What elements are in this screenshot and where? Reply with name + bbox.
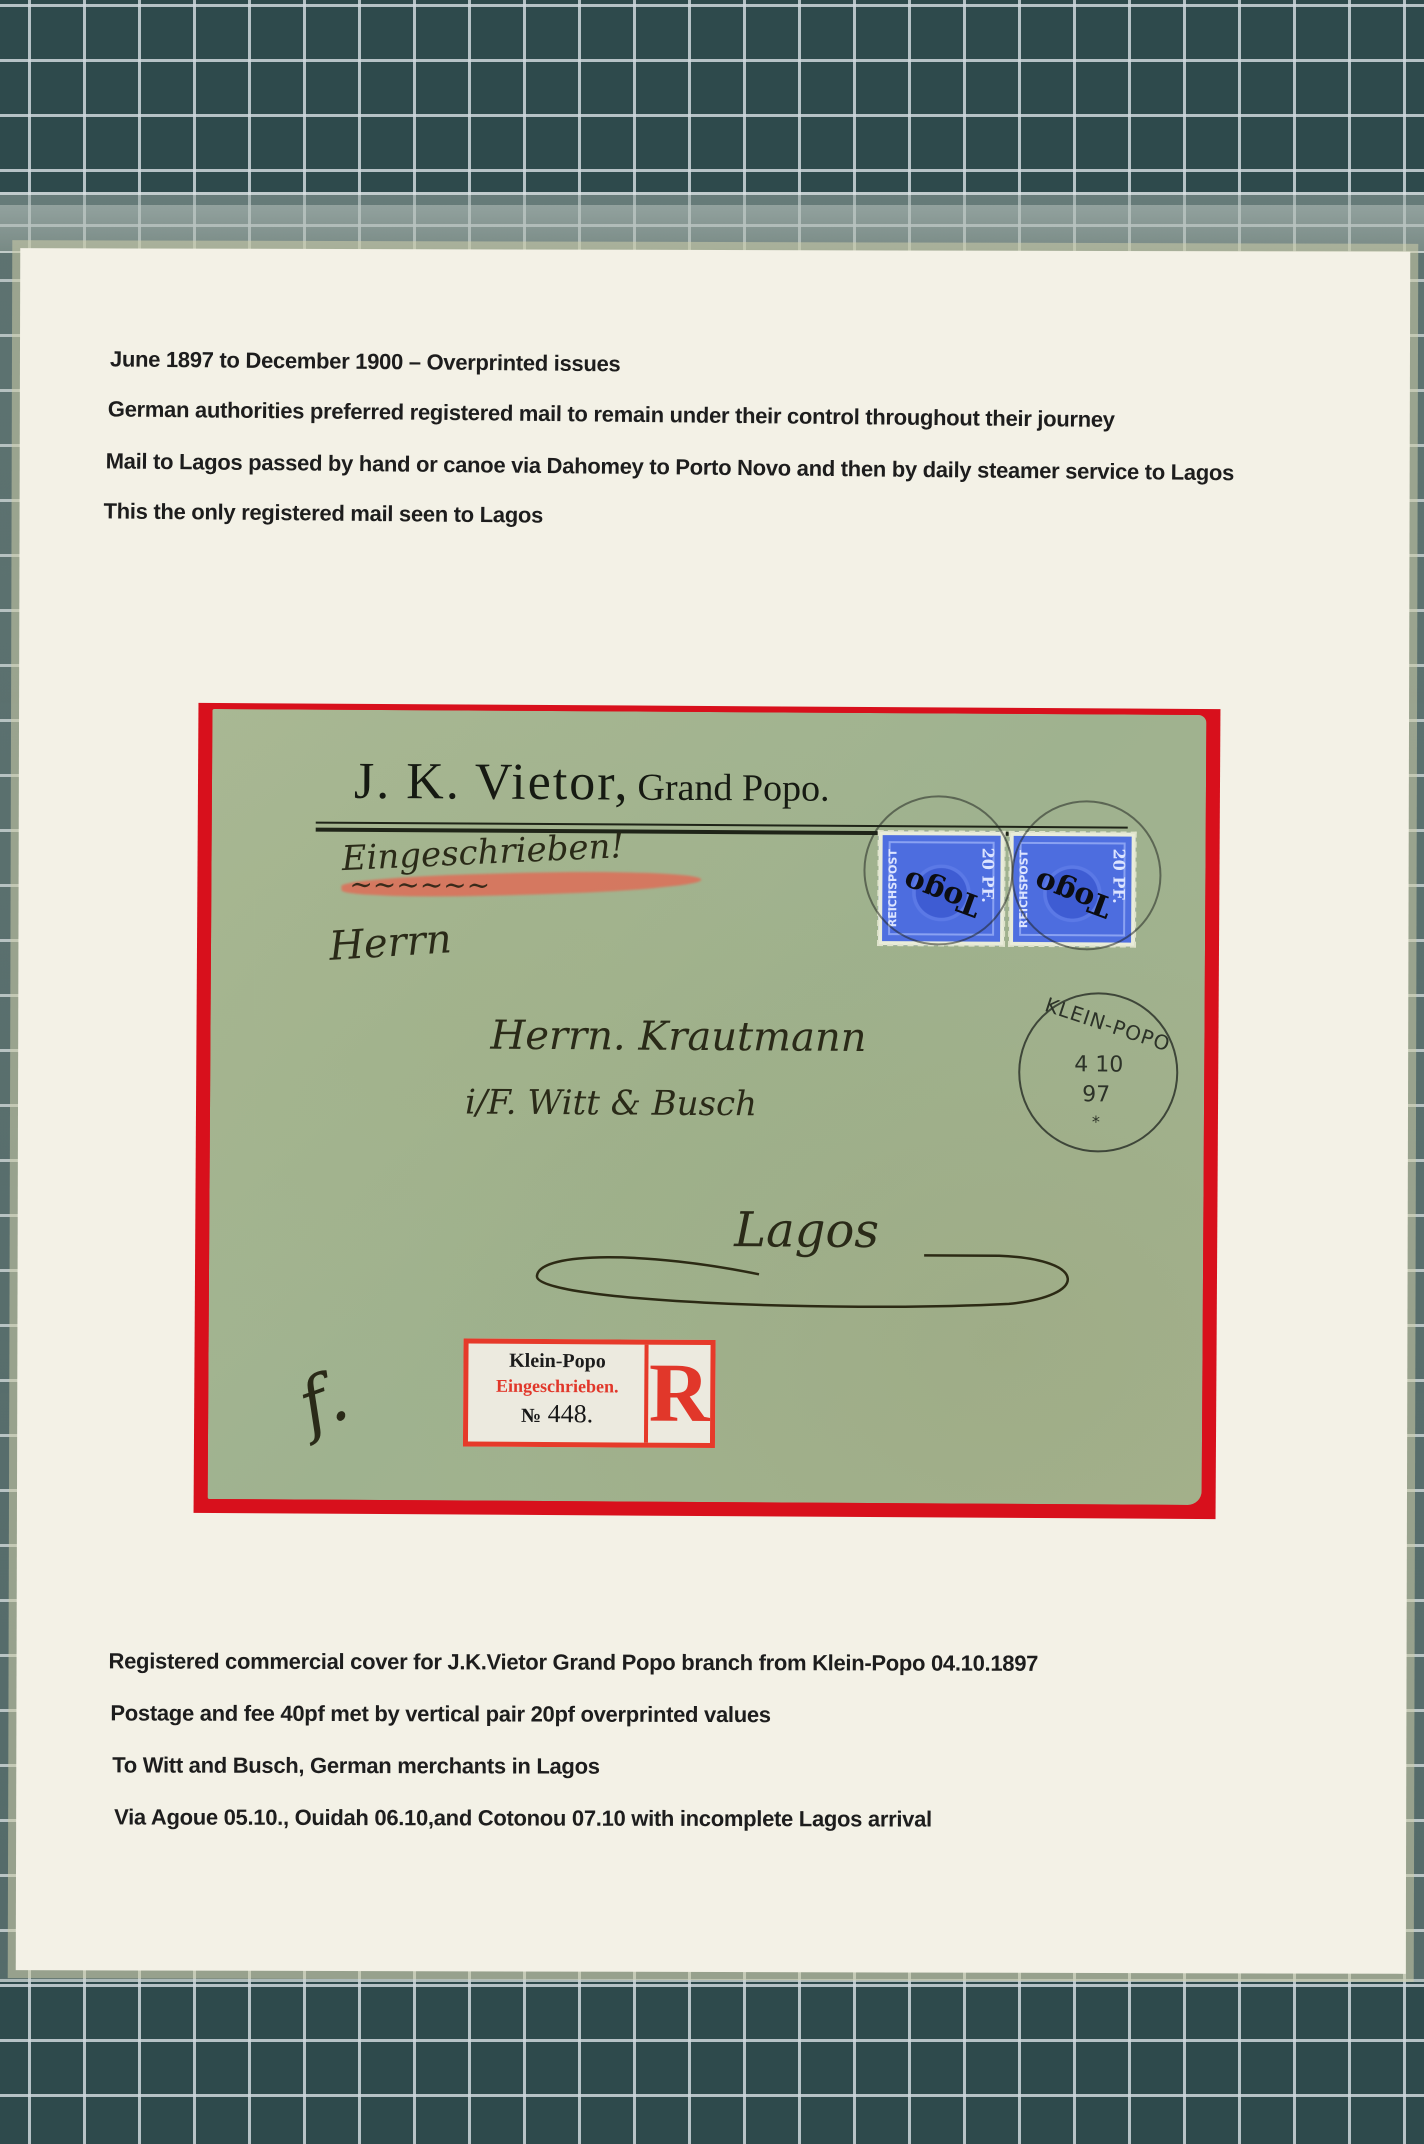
postal-cover: J. K. Vietor,Grand Popo. Eingeschrieben!… bbox=[208, 709, 1207, 1505]
postmark-date: 4 10 bbox=[1074, 1052, 1123, 1077]
registration-number-line: № 448. bbox=[468, 1399, 646, 1430]
caption-line-1: Registered commercial cover for J.K.Viet… bbox=[109, 1648, 1039, 1676]
heading-line-4: This the only registered mail seen to La… bbox=[103, 498, 543, 528]
registration-word: Eingeschrieben. bbox=[468, 1376, 646, 1398]
stamp-cancel-2 bbox=[1011, 800, 1162, 951]
postmark-town: KLEIN-POPO bbox=[1042, 993, 1173, 1057]
letterhead: J. K. Vietor,Grand Popo. bbox=[354, 752, 830, 814]
postmark-star: * bbox=[1092, 1112, 1100, 1131]
letterhead-place: Grand Popo. bbox=[637, 767, 829, 810]
registration-office: Klein-Popo bbox=[468, 1350, 646, 1374]
registration-number: 448. bbox=[548, 1399, 594, 1428]
letterhead-name: J. K. Vietor, bbox=[354, 753, 630, 812]
destination-flourish bbox=[529, 1231, 1090, 1324]
registration-label: Klein-Popo Eingeschrieben. № 448. R bbox=[463, 1339, 716, 1449]
heading-line-1: June 1897 to December 1900 – Overprinted… bbox=[110, 346, 621, 377]
heading-line-2: German authorities preferred registered … bbox=[108, 396, 1115, 433]
sleeve-top-band bbox=[0, 205, 1424, 253]
manuscript-addressee: Herrn. Krautmann bbox=[490, 1013, 866, 1061]
registration-label-text-area: Klein-Popo Eingeschrieben. № 448. bbox=[468, 1344, 647, 1443]
caption-line-4: Via Agoue 05.10., Ouidah 06.10,and Coton… bbox=[114, 1804, 932, 1832]
heading-line-3: Mail to Lagos passed by hand or canoe vi… bbox=[106, 448, 1235, 486]
manuscript-initial: f. bbox=[288, 1354, 359, 1447]
manuscript-firm: i/F. Witt & Busch bbox=[465, 1083, 757, 1125]
caption-line-3: To Witt and Busch, German merchants in L… bbox=[112, 1752, 599, 1779]
stamp-cancel-1 bbox=[863, 795, 1014, 946]
registration-number-prefix: № bbox=[521, 1405, 541, 1427]
cover-mount: J. K. Vietor,Grand Popo. Eingeschrieben!… bbox=[194, 703, 1221, 1519]
postmark-year: 97 bbox=[1082, 1082, 1110, 1107]
caption-line-2: Postage and fee 40pf met by vertical pai… bbox=[110, 1700, 770, 1728]
registration-letter: R bbox=[644, 1345, 711, 1443]
manuscript-salutation: Herrn bbox=[328, 916, 453, 970]
postmark-ring: KLEIN-POPO 4 10 97 * bbox=[1018, 992, 1179, 1153]
manuscript-underline: ~~~~~~ bbox=[349, 868, 490, 902]
